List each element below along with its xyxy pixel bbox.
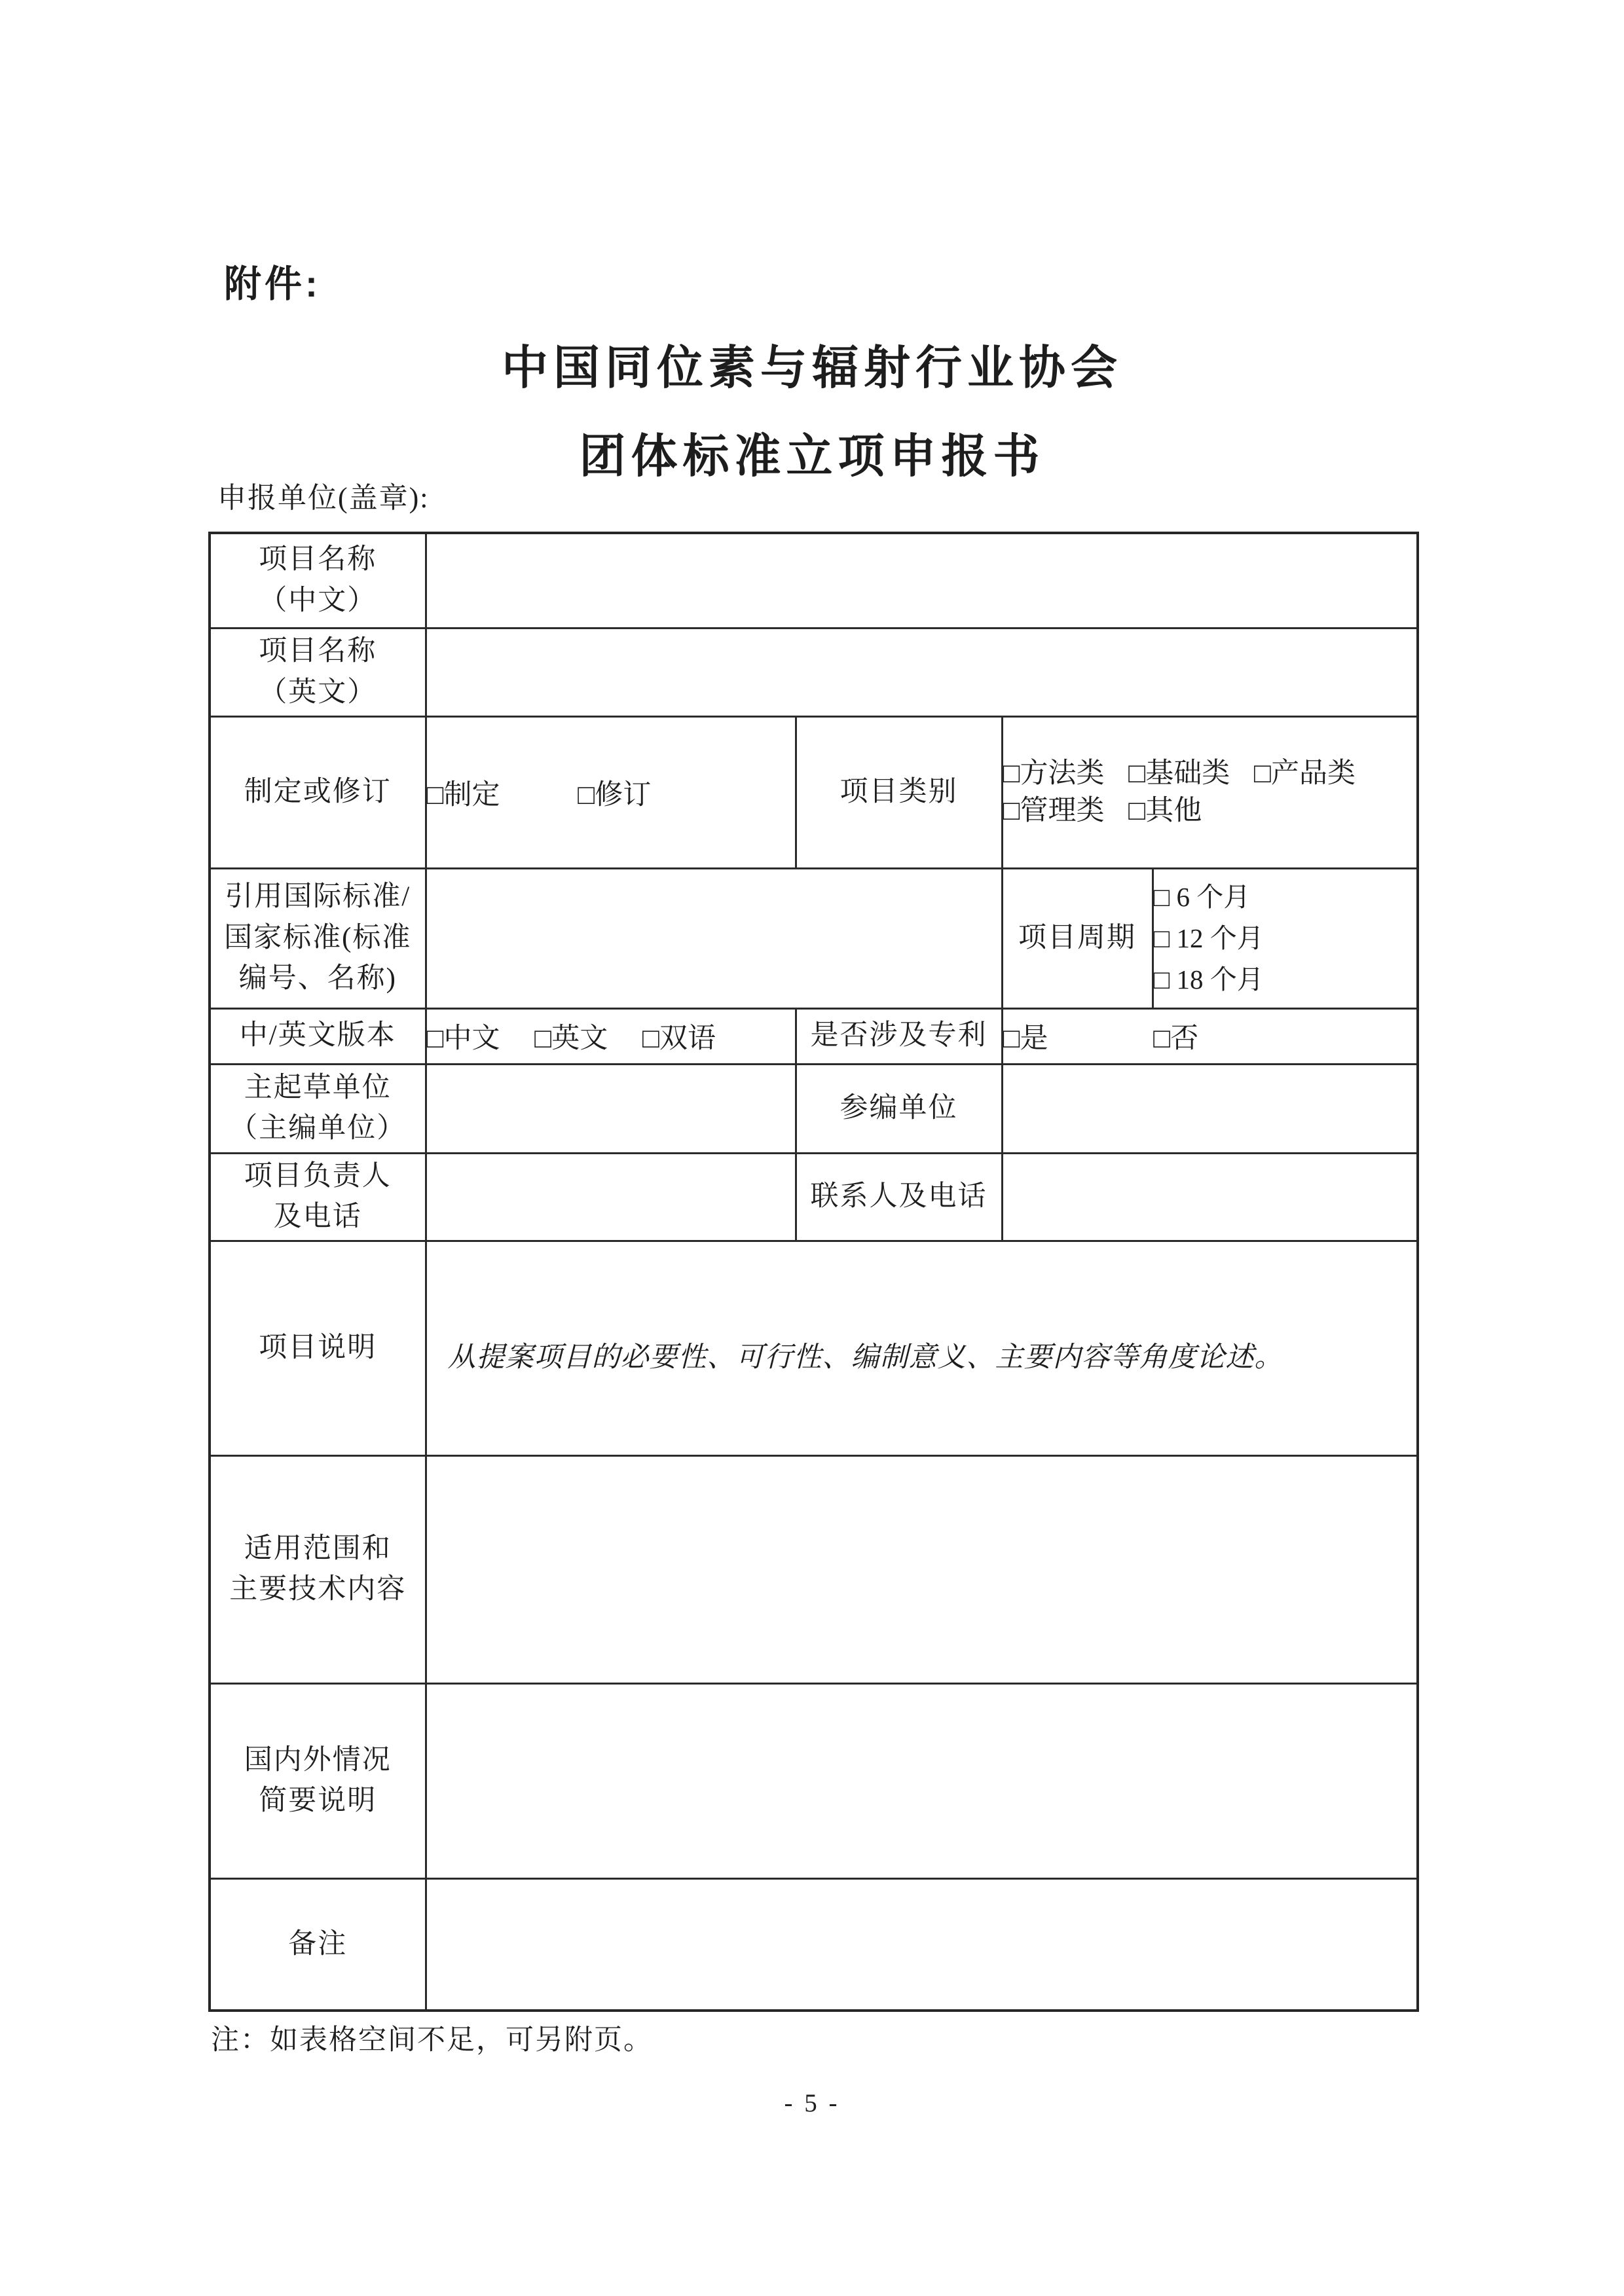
scope-field[interactable]: [426, 1455, 1418, 1683]
project-name-en-label-line2: （英文）: [211, 672, 425, 713]
row-scope: 适用范围和 主要技术内容: [210, 1455, 1418, 1683]
row-remarks: 备注: [210, 1878, 1418, 2011]
co-edit-unit-label: 参编单位: [796, 1064, 1002, 1153]
row-domestic-overseas: 国内外情况 简要说明: [210, 1683, 1418, 1878]
checkbox-category-product[interactable]: □产品类: [1254, 758, 1356, 789]
project-leader-label-line2: 及电话: [211, 1197, 425, 1237]
co-edit-unit-field[interactable]: [1002, 1064, 1418, 1153]
row-project-leader: 项目负责人 及电话 联系人及电话: [210, 1153, 1418, 1241]
row-project-name-cn: 项目名称 （中文）: [210, 533, 1418, 628]
checkbox-bilingual[interactable]: □双语: [642, 1023, 716, 1054]
project-name-en-label-line1: 项目名称: [211, 631, 425, 672]
project-name-cn-label-line2: （中文）: [211, 581, 425, 621]
remarks-field[interactable]: [426, 1878, 1418, 2011]
project-name-en-label: 项目名称 （英文）: [210, 628, 426, 716]
row-draft-or-revise: 制定或修订 □制定 □修订 项目类别 □方法类 □基础类 □产品类 □管理类 □…: [210, 716, 1418, 868]
project-category-label: 项目类别: [796, 716, 1002, 868]
form-title-association: 中国同位素与辐射行业协会: [0, 331, 1624, 397]
checkbox-cycle-12-months[interactable]: □ 12 个月: [1154, 923, 1264, 953]
attachment-label: 附件:: [224, 254, 321, 308]
project-cycle-options: □ 6 个月 □ 12 个月 □ 18 个月: [1153, 868, 1418, 1008]
checkbox-cycle-18-months[interactable]: □ 18 个月: [1154, 964, 1264, 994]
row-chief-draft-unit: 主起草单位 （主编单位） 参编单位: [210, 1064, 1418, 1153]
chief-draft-unit-label-line1: 主起草单位: [211, 1068, 425, 1108]
language-version-options: □中文 □英文 □双语: [426, 1008, 796, 1064]
chief-draft-unit-label: 主起草单位 （主编单位）: [210, 1064, 426, 1153]
project-name-cn-label-line1: 项目名称: [211, 539, 425, 580]
project-description-label: 项目说明: [210, 1241, 426, 1455]
project-name-cn-field[interactable]: [426, 533, 1418, 628]
checkbox-revise[interactable]: □修订: [578, 780, 651, 811]
reference-standard-label-line3: 编号、名称): [211, 958, 425, 999]
project-description-hint: 从提案项目的必要性、可行性、编制意义、主要内容等角度论述。: [427, 1322, 1417, 1375]
draft-or-revise-options: □制定 □修订: [426, 716, 796, 868]
project-leader-label: 项目负责人 及电话: [210, 1153, 426, 1241]
page-number: - 5 -: [0, 2088, 1624, 2118]
project-leader-field[interactable]: [426, 1153, 796, 1241]
checkbox-patent-yes[interactable]: □是: [1003, 1023, 1048, 1054]
checkbox-chinese[interactable]: □中文: [427, 1023, 500, 1054]
checkbox-patent-no[interactable]: □否: [1153, 1023, 1198, 1054]
reference-standard-field[interactable]: [426, 868, 1002, 1008]
language-version-label: 中/英文版本: [210, 1008, 426, 1064]
scope-label-line1: 适用范围和: [211, 1529, 425, 1569]
project-category-options-line1: □方法类 □基础类 □产品类: [1003, 759, 1417, 788]
remarks-label: 备注: [210, 1878, 426, 2011]
applicant-seal-label: 申报单位(盖章):: [217, 474, 430, 516]
chief-draft-unit-field[interactable]: [426, 1064, 796, 1153]
row-project-name-en: 项目名称 （英文）: [210, 628, 1418, 716]
patent-involved-options: □是 □否: [1002, 1008, 1418, 1064]
project-cycle-label: 项目周期: [1002, 868, 1153, 1008]
row-reference-standard: 引用国际标准/ 国家标准(标准 编号、名称) 项目周期 □ 6 个月 □ 12 …: [210, 868, 1418, 1008]
checkbox-cycle-6-months[interactable]: □ 6 个月: [1154, 882, 1251, 912]
domestic-overseas-label-line2: 简要说明: [211, 1781, 425, 1821]
scope-label-line2: 主要技术内容: [211, 1569, 425, 1610]
contact-person-label: 联系人及电话: [796, 1153, 1002, 1241]
checkbox-category-basic[interactable]: □基础类: [1128, 758, 1230, 789]
row-project-description: 项目说明 从提案项目的必要性、可行性、编制意义、主要内容等角度论述。: [210, 1241, 1418, 1455]
checkbox-english[interactable]: □英文: [534, 1023, 608, 1054]
domestic-overseas-field[interactable]: [426, 1683, 1418, 1878]
reference-standard-label-line1: 引用国际标准/: [211, 877, 425, 917]
project-name-cn-label: 项目名称 （中文）: [210, 533, 426, 628]
project-name-en-field[interactable]: [426, 628, 1418, 716]
chief-draft-unit-label-line2: （主编单位）: [211, 1108, 425, 1149]
scanned-form-page: 附件: 中国同位素与辐射行业协会 团体标准立项申报书 申报单位(盖章): 项目名…: [0, 0, 1624, 2296]
project-leader-label-line1: 项目负责人: [211, 1156, 425, 1197]
scope-label: 适用范围和 主要技术内容: [210, 1455, 426, 1683]
project-category-options-line2: □管理类 □其他: [1003, 797, 1417, 825]
project-category-options: □方法类 □基础类 □产品类 □管理类 □其他: [1002, 716, 1418, 868]
checkbox-draft[interactable]: □制定: [427, 780, 500, 811]
checkbox-category-management[interactable]: □管理类: [1003, 795, 1105, 826]
reference-standard-label: 引用国际标准/ 国家标准(标准 编号、名称): [210, 868, 426, 1008]
patent-involved-label: 是否涉及专利: [796, 1008, 1002, 1064]
project-description-field[interactable]: 从提案项目的必要性、可行性、编制意义、主要内容等角度论述。: [426, 1241, 1418, 1455]
application-form-table: 项目名称 （中文） 项目名称 （英文） 制定或修订 □制定 □修订 项目类别 □…: [208, 532, 1419, 2012]
checkbox-category-method[interactable]: □方法类: [1003, 758, 1105, 789]
domestic-overseas-label-line1: 国内外情况: [211, 1740, 425, 1781]
reference-standard-label-line2: 国家标准(标准: [211, 918, 425, 958]
draft-or-revise-label: 制定或修订: [210, 716, 426, 868]
checkbox-category-other[interactable]: □其他: [1128, 795, 1202, 826]
contact-person-field[interactable]: [1002, 1153, 1418, 1241]
footer-note: 注：如表格空间不足，可另附页。: [211, 2018, 653, 2058]
domestic-overseas-label: 国内外情况 简要说明: [210, 1683, 426, 1878]
row-language-version: 中/英文版本 □中文 □英文 □双语 是否涉及专利 □是 □否: [210, 1008, 1418, 1064]
